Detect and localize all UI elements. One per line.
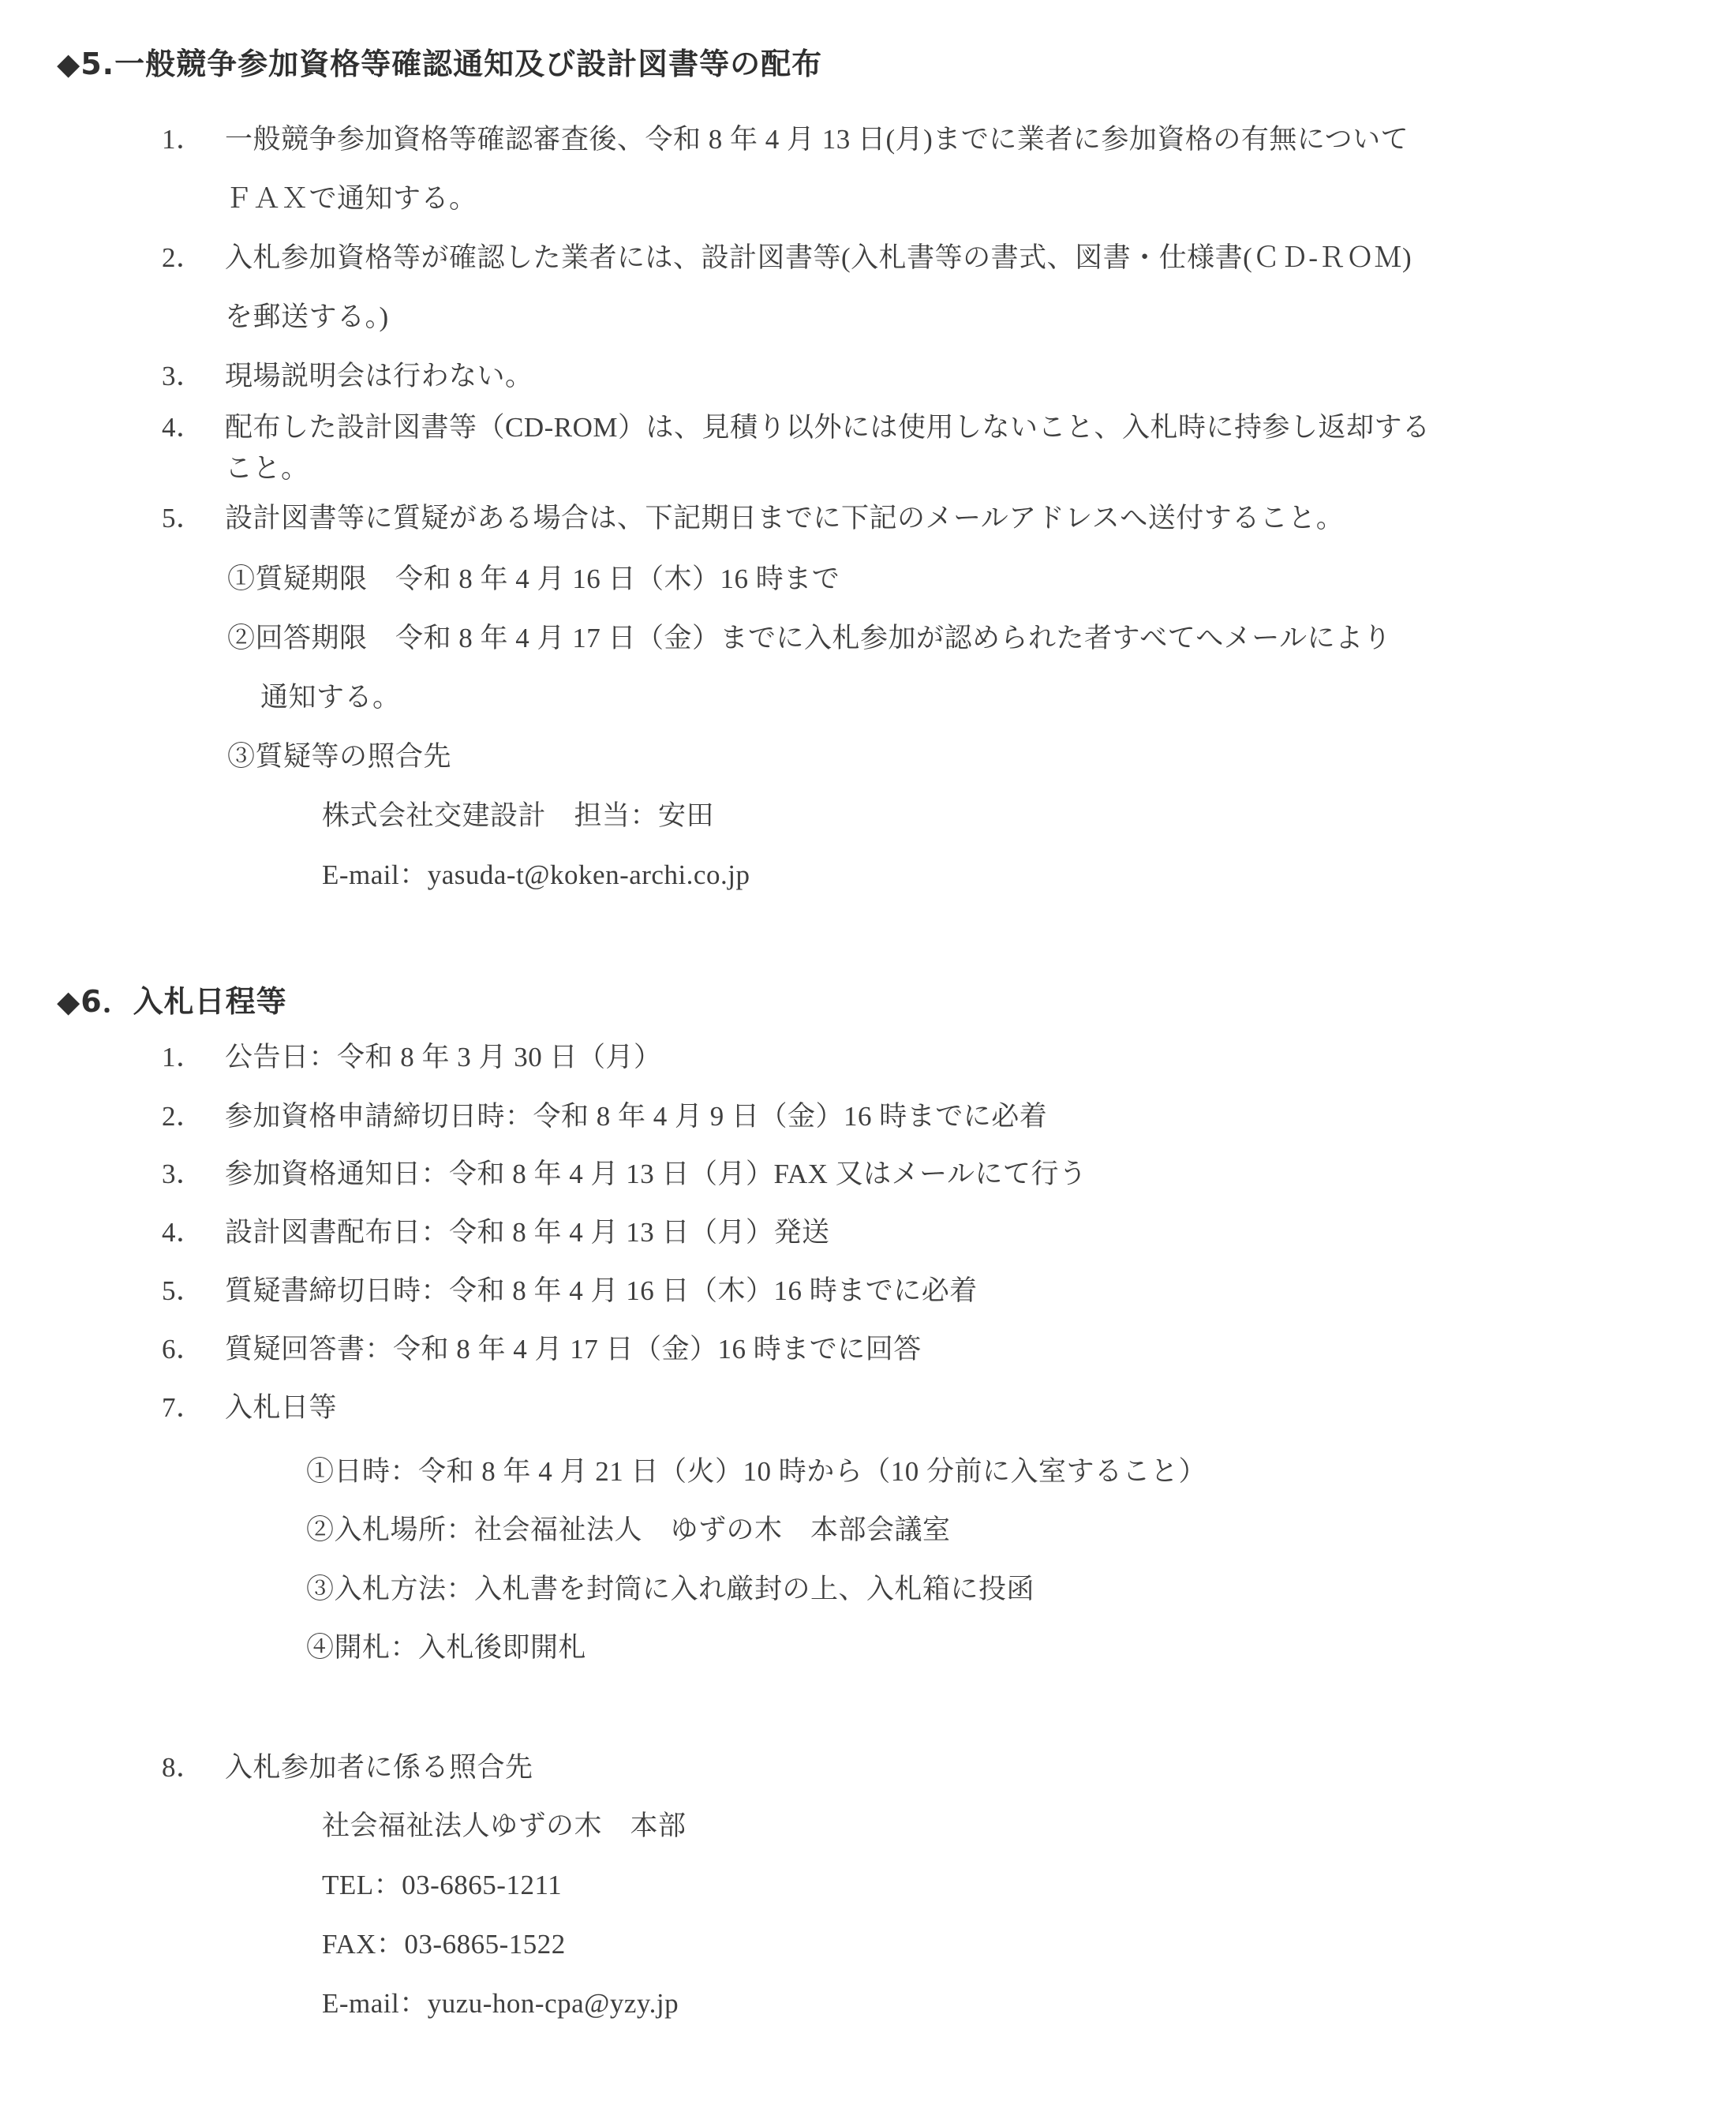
s5-sub3: ③質疑等の照合先 <box>227 739 451 774</box>
s6-item8: 8．入札参加者に係る照合先 <box>162 1750 533 1785</box>
s6-item7-sub4: ④開札：入札後即開札 <box>306 1630 586 1665</box>
s6-item7-sub1: ①日時：令和 8 年 4 月 21 日（火）10 時から（10 分前に入室するこ… <box>306 1454 1207 1489</box>
s6-contact-fax: FAX：03-6865-1522 <box>322 1927 566 1962</box>
item-text: 入札日等 <box>225 1392 337 1423</box>
item-text: 現場説明会は行わない。 <box>225 361 533 391</box>
item-number: 2． <box>162 241 225 275</box>
s5-item1-line1: 1．一般競争参加資格等確認審査後、令和 8 年 4 月 13 日(月)までに業者… <box>162 122 1409 157</box>
item-text: 質疑回答書：令和 8 年 4 月 17 日（金）16 時までに回答 <box>225 1334 922 1365</box>
s6-item2: 2．参加資格申請締切日時：令和 8 年 4 月 9 日（金）16 時までに必着 <box>162 1099 1047 1134</box>
s5-sub1: ①質疑期限 令和 8 年 4 月 16 日（木）16 時まで <box>227 562 840 597</box>
section5-heading: ◆5.一般競争参加資格等確認通知及び設計図書等の配布 <box>57 39 822 83</box>
s5-sub2-line2: 通知する。 <box>260 680 401 715</box>
item-number: 7． <box>162 1391 225 1425</box>
s5-contact-email: E-mail：yasuda-t@koken-archi.co.jp <box>322 858 750 893</box>
s6-contact-email: E-mail：yuzu-hon-cpa@yzy.jp <box>322 1986 679 2021</box>
item-number: 5． <box>162 1274 225 1308</box>
item-text: 設計図書等に質疑がある場合は、下記期日までに下記のメールアドレスへ送付すること。 <box>225 503 1344 533</box>
document-page: ◆5.一般競争参加資格等確認通知及び設計図書等の配布 1．一般競争参加資格等確認… <box>0 0 1736 2119</box>
item-text: 配布した設計図書等（CD-ROM）は、見積り以外には使用しないこと、入札時に持参… <box>225 412 1431 443</box>
s6-item7-sub2: ②入札場所：社会福祉法人 ゆずの木 本部会議室 <box>306 1513 951 1548</box>
item-number: 8． <box>162 1750 225 1785</box>
item-number: 4． <box>162 410 225 445</box>
item-text: 一般競争参加資格等確認審査後、令和 8 年 4 月 13 日(月)までに業者に参… <box>225 124 1409 155</box>
s5-contact-company: 株式会社交建設計 担当：安田 <box>322 799 714 833</box>
s6-item5: 5．質疑書締切日時：令和 8 年 4 月 16 日（木）16 時までに必着 <box>162 1274 978 1308</box>
item-text: 入札参加資格等が確認した業者には、設計図書等(入札書等の書式、図書・仕様書(ＣＤ… <box>225 242 1412 273</box>
item-text: 参加資格通知日：令和 8 年 4 月 13 日（月）FAX 又はメールにて行う <box>225 1159 1087 1189</box>
s6-item4: 4．設計図書配布日：令和 8 年 4 月 13 日（月）発送 <box>162 1215 830 1250</box>
s6-item7-sub3: ③入札方法：入札書を封筒に入れ厳封の上、入札箱に投函 <box>306 1572 1034 1607</box>
item-text: 入札参加者に係る照合先 <box>225 1752 533 1783</box>
s5-item4-line1: 4．配布した設計図書等（CD-ROM）は、見積り以外には使用しないこと、入札時に… <box>162 410 1431 445</box>
item-text: 参加資格申請締切日時：令和 8 年 4 月 9 日（金）16 時までに必着 <box>225 1101 1047 1132</box>
s5-item5-line1: 5．設計図書等に質疑がある場合は、下記期日までに下記のメールアドレスへ送付するこ… <box>162 501 1344 536</box>
item-number: 5． <box>162 501 225 536</box>
s6-item6: 6．質疑回答書：令和 8 年 4 月 17 日（金）16 時までに回答 <box>162 1332 922 1367</box>
section6-heading: ◆6．入札日程等 <box>57 977 287 1020</box>
item-text: 公告日：令和 8 年 3 月 30 日（月） <box>225 1042 662 1073</box>
item-text: 設計図書配布日：令和 8 年 4 月 13 日（月）発送 <box>225 1217 830 1248</box>
s6-contact-tel: TEL：03-6865-1211 <box>322 1868 562 1903</box>
s6-item3: 3．参加資格通知日：令和 8 年 4 月 13 日（月）FAX 又はメールにて行… <box>162 1157 1087 1192</box>
item-number: 1． <box>162 1040 225 1075</box>
item-number: 3． <box>162 1157 225 1192</box>
s5-sub2-line1: ②回答期限 令和 8 年 4 月 17 日（金）までに入札参加が認められた者すべ… <box>227 621 1391 656</box>
s5-item2-line2: を郵送する。) <box>225 300 389 335</box>
s6-contact-name: 社会福祉法人ゆずの木 本部 <box>322 1809 687 1844</box>
s5-item3-line1: 3．現場説明会は行わない。 <box>162 359 533 394</box>
item-number: 3． <box>162 359 225 394</box>
item-number: 6． <box>162 1332 225 1367</box>
s6-item1: 1．公告日：令和 8 年 3 月 30 日（月） <box>162 1040 662 1075</box>
s5-item2-line1: 2．入札参加資格等が確認した業者には、設計図書等(入札書等の書式、図書・仕様書(… <box>162 241 1412 275</box>
s6-item7: 7．入札日等 <box>162 1391 337 1425</box>
item-text: 質疑書締切日時：令和 8 年 4 月 16 日（木）16 時までに必着 <box>225 1275 978 1306</box>
item-number: 4． <box>162 1215 225 1250</box>
item-number: 2． <box>162 1099 225 1134</box>
s5-item4-line2: こと。 <box>225 451 309 486</box>
item-number: 1． <box>162 122 225 157</box>
s5-item1-line2: ＦＡＸで通知する。 <box>225 182 477 216</box>
